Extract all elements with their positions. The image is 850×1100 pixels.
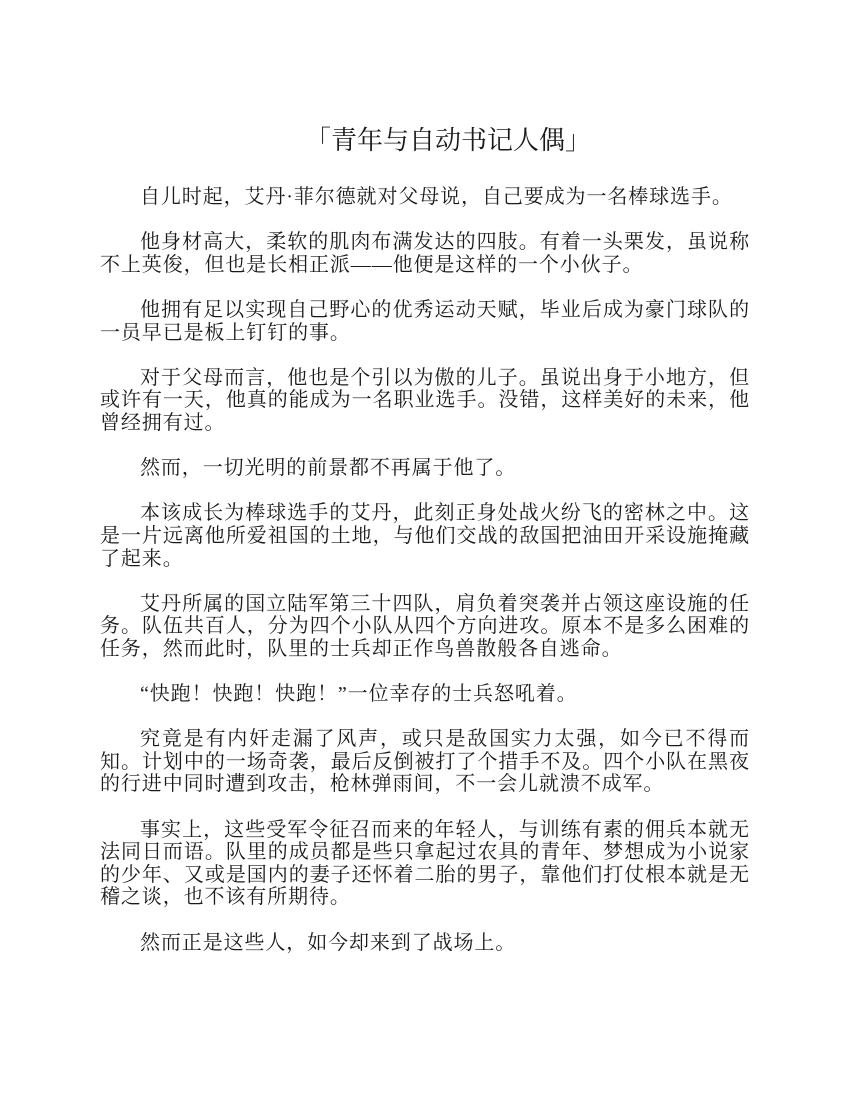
paragraph: 究竟是有内奸走漏了风声，或只是敌国实力太强，如今已不得而知。计划中的一场奇袭，最… <box>100 728 750 796</box>
document-page: 「青年与自动书记人偶」 自儿时起，艾丹·菲尔德就对父母说，自己要成为一名棒球选手… <box>0 0 850 1100</box>
paragraph: 然而正是这些人，如今却来到了战场上。 <box>100 932 750 955</box>
paragraph: 然而，一切光明的前景都不再属于他了。 <box>100 457 750 480</box>
chapter-title: 「青年与自动书记人偶」 <box>123 126 773 156</box>
paragraph: “快跑！快跑！快跑！”一位幸存的士兵怒吼着。 <box>100 683 750 706</box>
paragraph: 事实上，这些受军令征召而来的年轻人，与训练有素的佣兵本就无法同日而语。队里的成员… <box>100 819 750 909</box>
paragraph: 他拥有足以实现自己野心的优秀运动天赋，毕业后成为豪门球队的一员早已是板上钉钉的事… <box>100 299 750 344</box>
paragraph: 本该成长为棒球选手的艾丹，此刻正身处战火纷飞的密林之中。这是一片远离他所爱祖国的… <box>100 502 750 570</box>
paragraph: 自儿时起，艾丹·菲尔德就对父母说，自己要成为一名棒球选手。 <box>100 186 750 209</box>
paragraph: 对于父母而言，他也是个引以为傲的儿子。虽说出身于小地方，但或许有一天，他真的能成… <box>100 367 750 435</box>
chapter-body: 自儿时起，艾丹·菲尔德就对父母说，自己要成为一名棒球选手。他身材高大，柔软的肌肉… <box>100 186 750 954</box>
paragraph: 他身材高大，柔软的肌肉布满发达的四肢。有着一头栗发，虽说称不上英俊，但也是长相正… <box>100 231 750 276</box>
paragraph: 艾丹所属的国立陆军第三十四队，肩负着突袭并占领这座设施的任务。队伍共百人，分为四… <box>100 593 750 661</box>
